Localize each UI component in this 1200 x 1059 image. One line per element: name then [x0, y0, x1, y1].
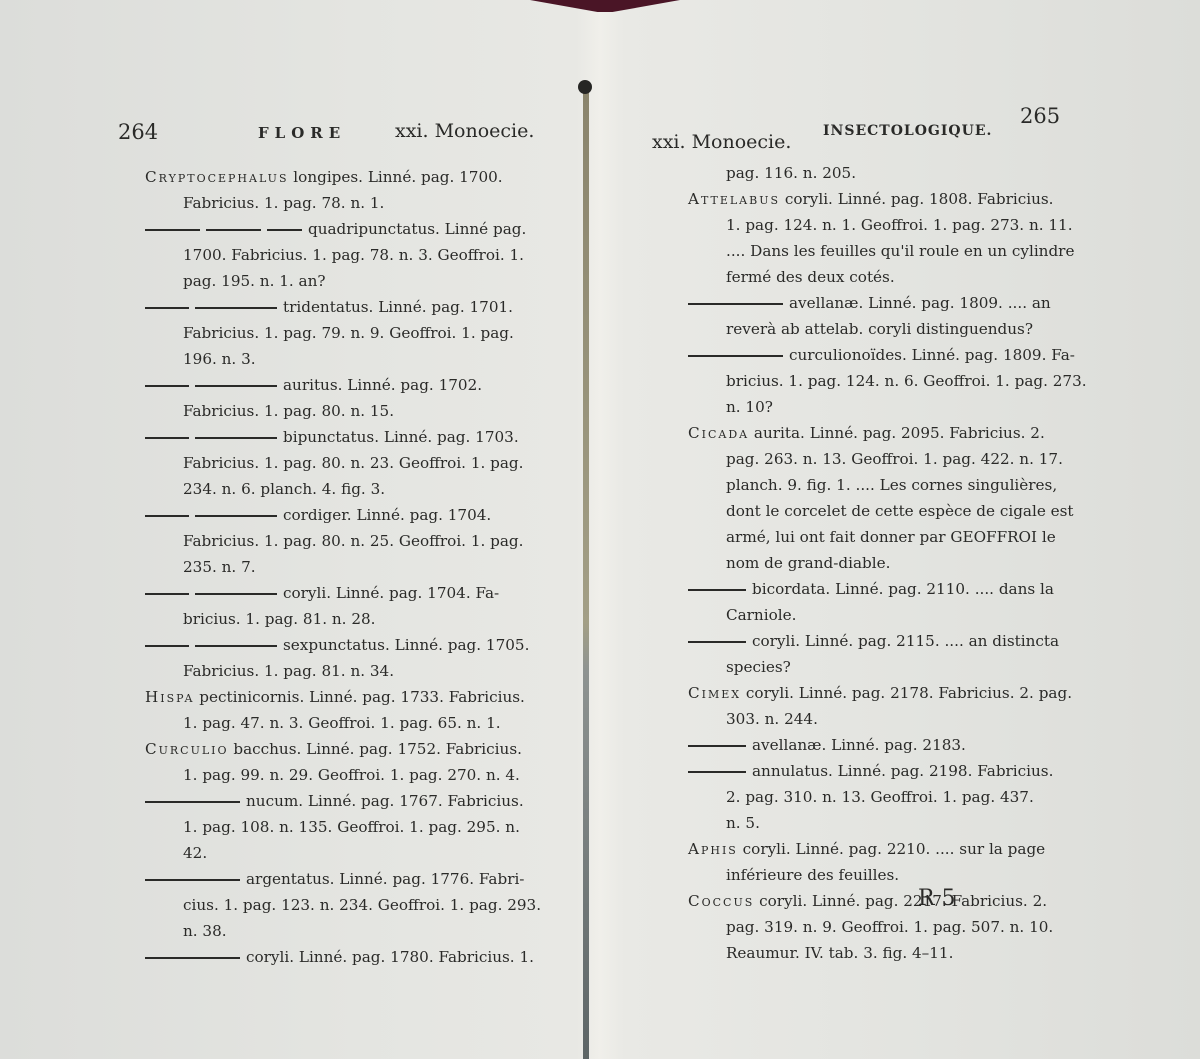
- genus-name: Hispa: [145, 688, 194, 706]
- entry-text: Fabricius. 1. pag. 80. n. 25. Geoffroi. …: [183, 532, 523, 550]
- entry-line: quadripunctatus. Linné pag.: [145, 216, 535, 242]
- entry-text: argentatus. Linné. pag. 1776. Fabri-: [246, 870, 524, 888]
- ditto-dash: [145, 957, 240, 959]
- entry-text: dont le corcelet de cette espèce de ciga…: [726, 502, 1074, 520]
- left-page: 264 FLORE xxi. Monoecie. Cryptocephalus …: [0, 0, 585, 1059]
- entry-line: bricius. 1. pag. 124. n. 6. Geoffroi. 1.…: [688, 368, 1083, 394]
- entry-text: coryli. Linné. pag. 1780. Fabricius. 1.: [246, 948, 534, 966]
- entry-text: 303. n. 244.: [726, 710, 818, 728]
- entry-text: n. 10?: [726, 398, 773, 416]
- entry-line: coryli. Linné. pag. 1704. Fa-: [145, 580, 535, 606]
- ditto-dash: [145, 879, 240, 881]
- entry-line: Hispa pectinicornis. Linné. pag. 1733. F…: [145, 684, 535, 710]
- ditto-dash: [688, 745, 746, 747]
- entry-text: bricius. 1. pag. 124. n. 6. Geoffroi. 1.…: [726, 372, 1087, 390]
- entry-line: Fabricius. 1. pag. 80. n. 25. Geoffroi. …: [145, 528, 535, 554]
- genus-name: Curculio: [145, 740, 229, 758]
- entry-line: 2. pag. 310. n. 13. Geoffroi. 1. pag. 43…: [688, 784, 1083, 810]
- ditto-dash: [206, 229, 261, 231]
- entry-line: 1. pag. 124. n. 1. Geoffroi. 1. pag. 273…: [688, 212, 1083, 238]
- entry-text: avellanæ. Linné. pag. 2183.: [752, 736, 966, 754]
- entry-line: curculionoïdes. Linné. pag. 1809. Fa-: [688, 342, 1083, 368]
- entry-line: sexpunctatus. Linné. pag. 1705.: [145, 632, 535, 658]
- ditto-dash: [145, 229, 200, 231]
- ditto-dash: [195, 437, 277, 439]
- entry-text: bipunctatus. Linné. pag. 1703.: [283, 428, 519, 446]
- ditto-dash: [145, 385, 189, 387]
- entry-text: 1. pag. 108. n. 135. Geoffroi. 1. pag. 2…: [183, 818, 520, 836]
- entry-text: 235. n. 7.: [183, 558, 256, 576]
- entry-text: coryli. Linné. pag. 1808. Fabricius.: [780, 190, 1053, 208]
- ditto-dash: [688, 589, 746, 591]
- entry-line: Reaumur. IV. tab. 3. fig. 4–11.: [688, 940, 1083, 966]
- entry-line: coryli. Linné. pag. 2115. .... an distin…: [688, 628, 1083, 654]
- ditto-dash: [688, 355, 783, 357]
- open-book: 264 FLORE xxi. Monoecie. Cryptocephalus …: [0, 0, 1200, 1059]
- ditto-dash: [195, 385, 277, 387]
- entry-text: 42.: [183, 844, 207, 862]
- section-title-left: xxi. Monoecie.: [395, 122, 534, 141]
- ditto-dash: [145, 645, 189, 647]
- ditto-dash: [267, 229, 302, 231]
- entry-text: 1. pag. 47. n. 3. Geoffroi. 1. pag. 65. …: [183, 714, 501, 732]
- entry-text: nom de grand-diable.: [726, 554, 890, 572]
- entry-line: Cicada aurita. Linné. pag. 2095. Fabrici…: [688, 420, 1083, 446]
- entry-line: species?: [688, 654, 1083, 680]
- entry-text: Fabricius. 1. pag. 80. n. 23. Geoffroi. …: [183, 454, 523, 472]
- entry-text: n. 5.: [726, 814, 760, 832]
- entry-line: bricius. 1. pag. 81. n. 28.: [145, 606, 535, 632]
- entry-text: annulatus. Linné. pag. 2198. Fabricius.: [752, 762, 1053, 780]
- entry-line: pag. 195. n. 1. an?: [145, 268, 535, 294]
- ditto-dash: [145, 515, 189, 517]
- entry-line: argentatus. Linné. pag. 1776. Fabri-: [145, 866, 535, 892]
- entry-line: avellanæ. Linné. pag. 1809. .... an: [688, 290, 1083, 316]
- entry-line: Fabricius. 1. pag. 79. n. 9. Geoffroi. 1…: [145, 320, 535, 346]
- ditto-dash: [195, 593, 277, 595]
- entry-text: pag. 116. n. 205.: [726, 164, 856, 182]
- ditto-dash: [145, 307, 189, 309]
- entry-line: 1. pag. 99. n. 29. Geoffroi. 1. pag. 270…: [145, 762, 535, 788]
- entry-line: cordiger. Linné. pag. 1704.: [145, 502, 535, 528]
- entry-text: pag. 195. n. 1. an?: [183, 272, 326, 290]
- entry-line: pag. 263. n. 13. Geoffroi. 1. pag. 422. …: [688, 446, 1083, 472]
- entry-text: armé, lui ont fait donner par GEOFFROI l…: [726, 528, 1056, 546]
- entry-line: 42.: [145, 840, 535, 866]
- entry-text: 2. pag. 310. n. 13. Geoffroi. 1. pag. 43…: [726, 788, 1034, 806]
- entry-text: coryli. Linné. pag. 2178. Fabricius. 2. …: [741, 684, 1072, 702]
- book-gutter: [583, 90, 589, 1059]
- entry-text: nucum. Linné. pag. 1767. Fabricius.: [246, 792, 524, 810]
- entry-line: auritus. Linné. pag. 1702.: [145, 372, 535, 398]
- running-title-right: INSECTOLOGIQUE.: [823, 124, 992, 138]
- entry-text: pag. 319. n. 9. Geoffroi. 1. pag. 507. n…: [726, 918, 1053, 936]
- entry-line: reverà ab attelab. coryli distinguendus?: [688, 316, 1083, 342]
- genus-name: Attelabus: [688, 190, 780, 208]
- entry-line: annulatus. Linné. pag. 2198. Fabricius.: [688, 758, 1083, 784]
- entry-line: Fabricius. 1. pag. 78. n. 1.: [145, 190, 535, 216]
- entry-text: auritus. Linné. pag. 1702.: [283, 376, 482, 394]
- entry-text: 196. n. 3.: [183, 350, 256, 368]
- ditto-dash: [145, 801, 240, 803]
- entry-line: 303. n. 244.: [688, 706, 1083, 732]
- entry-line: n. 38.: [145, 918, 535, 944]
- entry-line: Fabricius. 1. pag. 80. n. 15.: [145, 398, 535, 424]
- entry-text: coryli. Linné. pag. 2217. Fabricius. 2.: [754, 892, 1047, 910]
- entry-line: tridentatus. Linné. pag. 1701.: [145, 294, 535, 320]
- ditto-dash: [145, 593, 189, 595]
- entry-line: n. 10?: [688, 394, 1083, 420]
- entry-text: bacchus. Linné. pag. 1752. Fabricius.: [229, 740, 522, 758]
- entry-text: tridentatus. Linné. pag. 1701.: [283, 298, 513, 316]
- entry-text: Fabricius. 1. pag. 78. n. 1.: [183, 194, 384, 212]
- genus-name: Cicada: [688, 424, 749, 442]
- entry-line: Aphis coryli. Linné. pag. 2210. .... sur…: [688, 836, 1083, 862]
- entry-text: 234. n. 6. planch. 4. fig. 3.: [183, 480, 385, 498]
- entry-text: coryli. Linné. pag. 2210. .... sur la pa…: [738, 840, 1045, 858]
- entry-text: aurita. Linné. pag. 2095. Fabricius. 2.: [749, 424, 1045, 442]
- entry-line: armé, lui ont fait donner par GEOFFROI l…: [688, 524, 1083, 550]
- entry-text: curculionoïdes. Linné. pag. 1809. Fa-: [789, 346, 1075, 364]
- entry-line: 1. pag. 47. n. 3. Geoffroi. 1. pag. 65. …: [145, 710, 535, 736]
- entry-text: bicordata. Linné. pag. 2110. .... dans l…: [752, 580, 1054, 598]
- entry-text: Fabricius. 1. pag. 81. n. 34.: [183, 662, 394, 680]
- entry-line: Fabricius. 1. pag. 81. n. 34.: [145, 658, 535, 684]
- section-title-right: xxi. Monoecie.: [652, 133, 791, 152]
- entry-text: species?: [726, 658, 791, 676]
- entry-text: Fabricius. 1. pag. 79. n. 9. Geoffroi. 1…: [183, 324, 514, 342]
- entry-line: coryli. Linné. pag. 1780. Fabricius. 1.: [145, 944, 535, 970]
- ditto-dash: [688, 303, 783, 305]
- entry-text: quadripunctatus. Linné pag.: [308, 220, 526, 238]
- entry-text: pag. 263. n. 13. Geoffroi. 1. pag. 422. …: [726, 450, 1063, 468]
- entry-line: bipunctatus. Linné. pag. 1703.: [145, 424, 535, 450]
- entry-text: Carniole.: [726, 606, 796, 624]
- entry-line: Cryptocephalus longipes. Linné. pag. 170…: [145, 164, 535, 190]
- ditto-dash: [195, 307, 277, 309]
- entry-text: Reaumur. IV. tab. 3. fig. 4–11.: [726, 944, 953, 962]
- entry-line: n. 5.: [688, 810, 1083, 836]
- entry-text: fermé des deux cotés.: [726, 268, 895, 286]
- entry-line: pag. 116. n. 205.: [688, 160, 1083, 186]
- signature-mark: R 5: [918, 886, 956, 911]
- entry-line: inférieure des feuilles.: [688, 862, 1083, 888]
- entry-line: Carniole.: [688, 602, 1083, 628]
- entry-text: reverà ab attelab. coryli distinguendus?: [726, 320, 1033, 338]
- running-title-left: FLORE: [258, 126, 346, 141]
- right-page: xxi. Monoecie. INSECTOLOGIQUE. 265 pag. …: [590, 0, 1200, 1059]
- page-number-right: 265: [1020, 106, 1060, 127]
- genus-name: Cryptocephalus: [145, 168, 288, 186]
- entry-text: .... Dans les feuilles qu'il roule en un…: [726, 242, 1074, 260]
- entry-line: Attelabus coryli. Linné. pag. 1808. Fabr…: [688, 186, 1083, 212]
- entry-line: avellanæ. Linné. pag. 2183.: [688, 732, 1083, 758]
- entry-line: cius. 1. pag. 123. n. 234. Geoffroi. 1. …: [145, 892, 535, 918]
- ditto-dash: [195, 515, 277, 517]
- entry-line: Coccus coryli. Linné. pag. 2217. Fabrici…: [688, 888, 1083, 914]
- entry-line: Fabricius. 1. pag. 80. n. 23. Geoffroi. …: [145, 450, 535, 476]
- entry-line: 196. n. 3.: [145, 346, 535, 372]
- entry-line: nom de grand-diable.: [688, 550, 1083, 576]
- ditto-dash: [688, 771, 746, 773]
- entry-text: sexpunctatus. Linné. pag. 1705.: [283, 636, 529, 654]
- entry-line: 1. pag. 108. n. 135. Geoffroi. 1. pag. 2…: [145, 814, 535, 840]
- entry-line: fermé des deux cotés.: [688, 264, 1083, 290]
- entry-text: cius. 1. pag. 123. n. 234. Geoffroi. 1. …: [183, 896, 541, 914]
- entry-text: longipes. Linné. pag. 1700.: [288, 168, 502, 186]
- entry-text: coryli. Linné. pag. 2115. .... an distin…: [752, 632, 1059, 650]
- entry-text: Fabricius. 1. pag. 80. n. 15.: [183, 402, 394, 420]
- entry-text: cordiger. Linné. pag. 1704.: [283, 506, 491, 524]
- genus-name: Aphis: [688, 840, 738, 858]
- genus-name: Cimex: [688, 684, 741, 702]
- entry-text: 1. pag. 99. n. 29. Geoffroi. 1. pag. 270…: [183, 766, 520, 784]
- entry-text: inférieure des feuilles.: [726, 866, 899, 884]
- entry-line: Cimex coryli. Linné. pag. 2178. Fabriciu…: [688, 680, 1083, 706]
- entry-line: Curculio bacchus. Linné. pag. 1752. Fabr…: [145, 736, 535, 762]
- entry-text: 1700. Fabricius. 1. pag. 78. n. 3. Geoff…: [183, 246, 524, 264]
- entry-line: 235. n. 7.: [145, 554, 535, 580]
- entry-line: dont le corcelet de cette espèce de ciga…: [688, 498, 1083, 524]
- entry-text: bricius. 1. pag. 81. n. 28.: [183, 610, 375, 628]
- entry-line: .... Dans les feuilles qu'il roule en un…: [688, 238, 1083, 264]
- entry-text: coryli. Linné. pag. 1704. Fa-: [283, 584, 499, 602]
- ditto-dash: [195, 645, 277, 647]
- binding-thread: [578, 80, 592, 94]
- page-number-left: 264: [118, 122, 158, 143]
- entry-text: avellanæ. Linné. pag. 1809. .... an: [789, 294, 1051, 312]
- entry-text: planch. 9. fig. 1. .... Les cornes singu…: [726, 476, 1057, 494]
- entry-line: 1700. Fabricius. 1. pag. 78. n. 3. Geoff…: [145, 242, 535, 268]
- left-page-entries: Cryptocephalus longipes. Linné. pag. 170…: [145, 164, 535, 970]
- entry-text: pectinicornis. Linné. pag. 1733. Fabrici…: [194, 688, 524, 706]
- genus-name: Coccus: [688, 892, 754, 910]
- ditto-dash: [145, 437, 189, 439]
- entry-text: n. 38.: [183, 922, 227, 940]
- entry-text: 1. pag. 124. n. 1. Geoffroi. 1. pag. 273…: [726, 216, 1073, 234]
- entry-line: bicordata. Linné. pag. 2110. .... dans l…: [688, 576, 1083, 602]
- entry-line: planch. 9. fig. 1. .... Les cornes singu…: [688, 472, 1083, 498]
- entry-line: pag. 319. n. 9. Geoffroi. 1. pag. 507. n…: [688, 914, 1083, 940]
- entry-line: 234. n. 6. planch. 4. fig. 3.: [145, 476, 535, 502]
- right-page-entries: pag. 116. n. 205.Attelabus coryli. Linné…: [688, 160, 1083, 966]
- ditto-dash: [688, 641, 746, 643]
- entry-line: nucum. Linné. pag. 1767. Fabricius.: [145, 788, 535, 814]
